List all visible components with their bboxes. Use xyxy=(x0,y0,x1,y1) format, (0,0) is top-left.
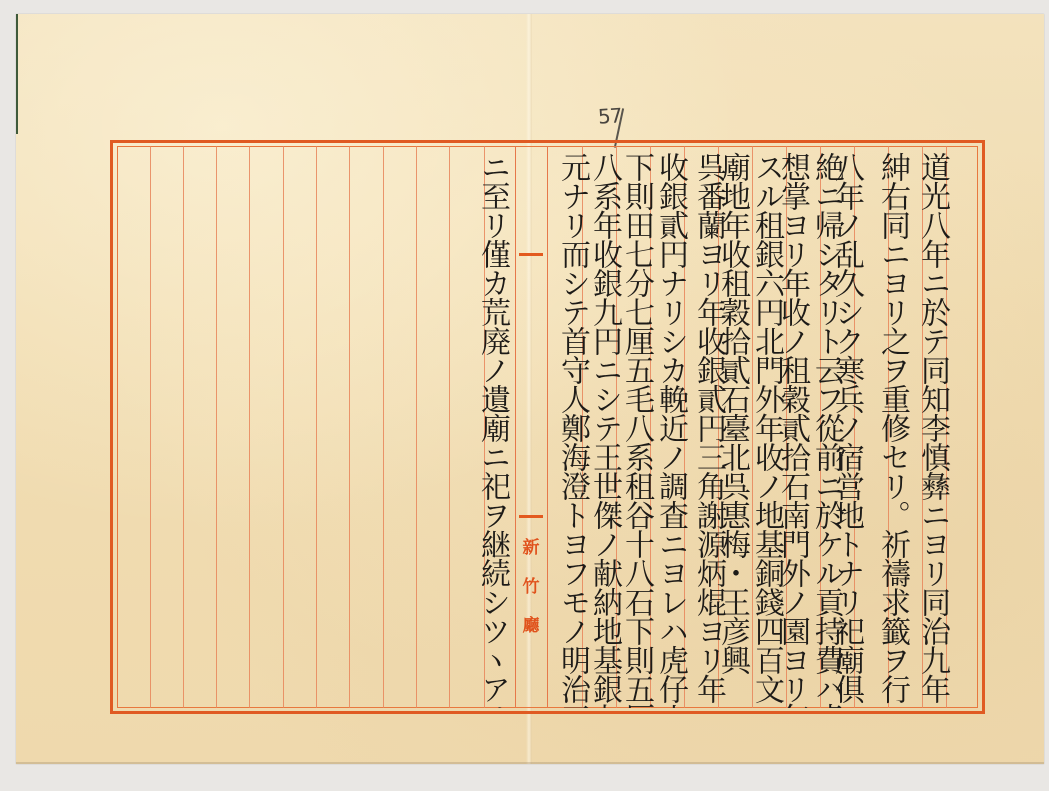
text-column-9: 收銀貳円ナリシカ輓近ノ調査ニヨレハ虎仔山庄 xyxy=(650,152,690,708)
office-name-char: 廳 xyxy=(523,618,540,635)
gutter-rule-left xyxy=(515,146,516,708)
column-rule xyxy=(383,146,384,708)
binding-edge xyxy=(16,14,18,134)
column-rule xyxy=(283,146,284,708)
column-rule xyxy=(150,146,151,708)
text-column-2: 紳右同ニヨリ之ヲ重修セリ。祈禱求籤ヲ行フ。明治二十 xyxy=(872,152,912,708)
text-column-4: 絶ニ帰シタリト云フ從前ニ於ケル貢持費ハ虎仔山 xyxy=(806,152,846,708)
column-rule xyxy=(416,146,417,708)
text-column-1: 道光八年ニ於テ同知李慎彝ニヨリ同治九年ニ官 xyxy=(912,152,952,708)
gutter-fishtail-top xyxy=(519,253,543,256)
column-rule xyxy=(183,146,184,708)
office-name-stamp: 新 竹 廳 xyxy=(519,540,543,635)
column-rule xyxy=(249,146,250,708)
office-name-char: 新 xyxy=(523,540,540,557)
text-column-13: ニ至リ僅カ荒廃ノ遺廟ニ祀ヲ継続シツヽアリ xyxy=(472,152,512,708)
gutter-rule-right xyxy=(547,146,548,708)
text-column-8: 呉番蘭ヨリ年收銀貳円三角謝源炳焜ヨリ年 xyxy=(688,152,728,708)
column-rule xyxy=(216,146,217,708)
office-name-char: 竹 xyxy=(523,579,540,596)
column-rule xyxy=(316,146,317,708)
column-rule xyxy=(349,146,350,708)
text-column-12: 元ナリ而シテ首守人鄭海澄トヨフモノ明治三十年 xyxy=(552,152,592,708)
text-column-6: スル租銀六円北門外年收ノ地基銅錢四百文 xyxy=(746,152,786,708)
gutter-fishtail-bottom xyxy=(519,515,543,518)
column-rule xyxy=(449,146,450,708)
scan-edge-shadow xyxy=(16,762,1044,764)
